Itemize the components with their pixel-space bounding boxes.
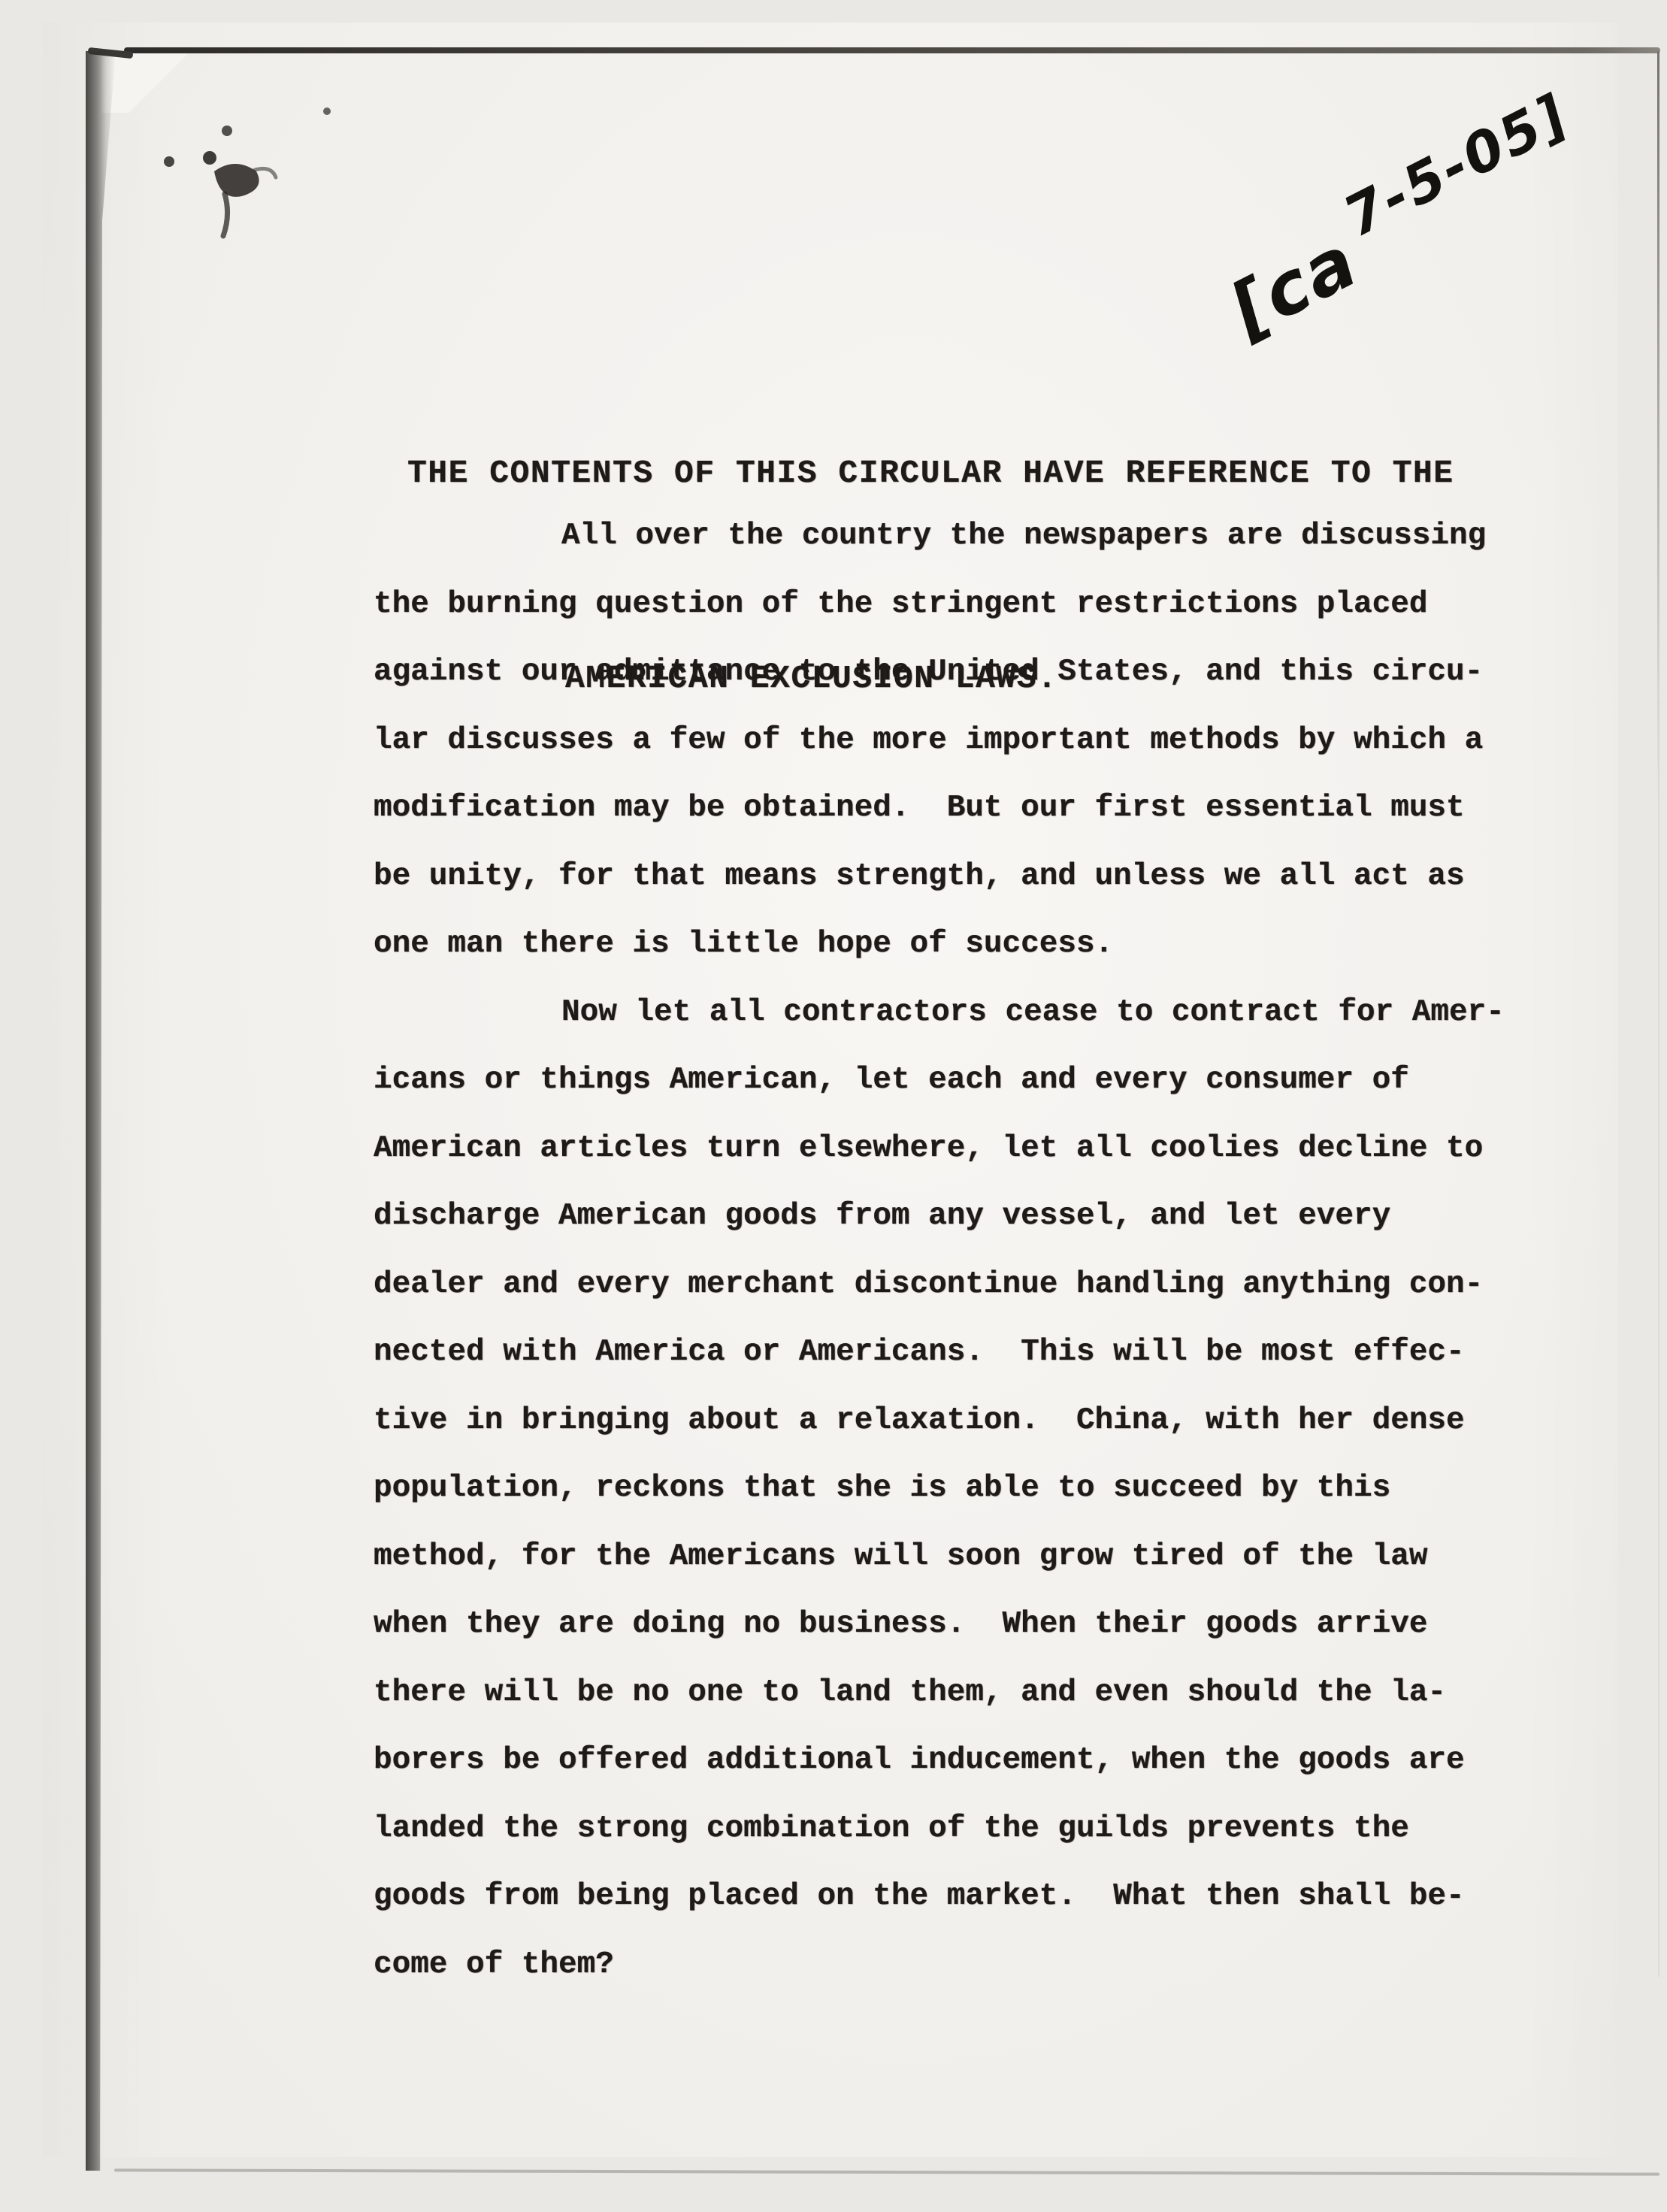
typed-line: nected with America or Americans. This w… — [374, 1318, 1546, 1387]
typed-line: modification may be obtained. But our fi… — [374, 774, 1546, 843]
page-right-edge — [1657, 51, 1659, 803]
page-bottom-edge — [114, 2168, 1659, 2175]
paper-sheet: [ca 7-5-05] THE CONTENTS OF THIS CIRCULA… — [43, 23, 1618, 2157]
typed-line: when they are doing no business. When th… — [374, 1590, 1546, 1659]
typed-line: dealer and every merchant discontinue ha… — [374, 1251, 1546, 1319]
page-top-edge — [124, 47, 1660, 53]
ink-blot-mark — [156, 98, 343, 256]
typed-line: American articles turn elsewhere, let al… — [374, 1115, 1546, 1183]
typed-line: landed the strong combination of the gui… — [374, 1795, 1546, 1863]
typed-line: against our admittance to the United Sta… — [374, 638, 1546, 707]
typed-line: Now let all contractors cease to contrac… — [374, 979, 1546, 1047]
typed-line: lar discusses a few of the more importan… — [374, 707, 1546, 775]
page-right-edge-faint — [1658, 699, 1659, 1977]
typed-line: there will be no one to land them, and e… — [374, 1659, 1546, 1727]
typed-line: tive in bringing about a relaxation. Chi… — [374, 1387, 1546, 1455]
typed-line: method, for the Americans will soon grow… — [374, 1523, 1546, 1591]
typed-line: borers be offered additional inducement,… — [374, 1726, 1546, 1795]
typed-line: goods from being placed on the market. W… — [374, 1862, 1546, 1931]
typed-line: icans or things American, let each and e… — [374, 1046, 1546, 1115]
typed-line: All over the country the newspapers are … — [374, 502, 1546, 570]
typed-line: come of them? — [374, 1931, 1546, 1999]
typed-line: population, reckons that she is able to … — [374, 1454, 1546, 1523]
handwritten-date-value: 7-5-05] — [1334, 82, 1579, 250]
page-left-edge-shadow — [86, 51, 116, 2171]
typed-line: one man there is little hope of success. — [374, 910, 1546, 979]
title-line-1: THE CONTENTS OF THIS CIRCULAR HAVE REFER… — [407, 439, 1535, 507]
typed-line: the burning question of the stringent re… — [374, 570, 1546, 639]
typed-line: discharge American goods from any vessel… — [374, 1182, 1546, 1251]
typed-line: be unity, for that means strength, and u… — [374, 843, 1546, 911]
body-text-block: All over the country the newspapers are … — [374, 502, 1546, 1999]
